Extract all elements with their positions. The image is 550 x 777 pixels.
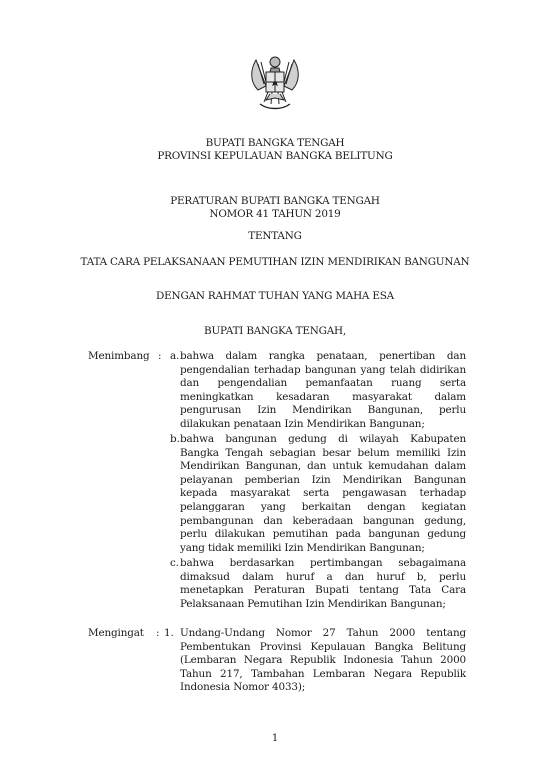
blessing-line: DENGAN RAHMAT TUHAN YANG MAHA ESA — [0, 290, 550, 304]
regent-title: BUPATI BANGKA TENGAH — [0, 137, 550, 151]
garuda-emblem-icon — [242, 50, 308, 116]
item-text: bahwa dalam rangka penataan, penertiban … — [180, 350, 466, 432]
regulation-title: PERATURAN BUPATI BANGKA TENGAH — [0, 195, 550, 209]
regulation-number: NOMOR 41 TAHUN 2019 — [0, 208, 550, 222]
colon: : — [156, 627, 159, 641]
item-marker: b. — [170, 433, 180, 447]
authority-line: BUPATI BANGKA TENGAH, — [0, 325, 550, 339]
document-page: BUPATI BANGKA TENGAH PROVINSI KEPULAUAN … — [0, 0, 550, 777]
item-text: Undang-Undang Nomor 27 Tahun 2000 tentan… — [180, 627, 466, 695]
page-number: 1 — [0, 733, 550, 744]
item-marker: c. — [170, 557, 179, 571]
tentang-heading: TENTANG — [0, 230, 550, 244]
item-text: bahwa bangunan gedung di wilayah Kabupat… — [180, 433, 466, 555]
mengingat-label: Mengingat — [88, 627, 144, 641]
item-marker: a. — [170, 350, 179, 364]
regulation-subject: TATA CARA PELAKSANAAN PEMUTIHAN IZIN MEN… — [0, 256, 550, 270]
item-text: bahwa berdasarkan pertimbangan sebagaima… — [180, 557, 466, 611]
item-marker: 1. — [164, 627, 174, 641]
colon: : — [158, 350, 161, 364]
menimbang-label: Menimbang — [88, 350, 150, 364]
province-title: PROVINSI KEPULAUAN BANGKA BELITUNG — [0, 150, 550, 164]
